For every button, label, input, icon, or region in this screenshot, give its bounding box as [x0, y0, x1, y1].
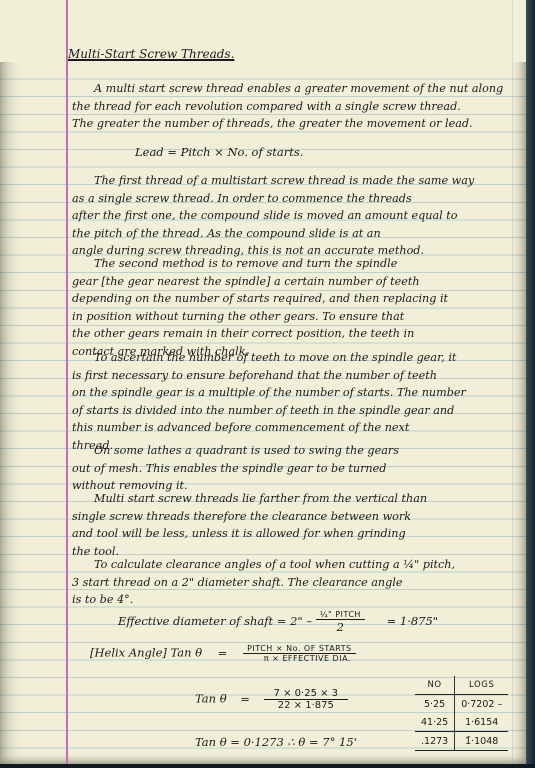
text-line: The greater the number of threads, the g… — [72, 115, 512, 133]
notebook-cover-edge — [526, 0, 535, 768]
effective-diameter-result: = 1·875" — [387, 614, 439, 628]
text-line: The first thread of a multistart screw t… — [72, 172, 512, 190]
text-line: depending on the number of starts requir… — [72, 290, 512, 308]
header-no: NO — [415, 676, 455, 695]
text-line: on the spindle gear is a multiple of the… — [72, 384, 512, 402]
text-line: Multi start screw threads lie farther fr… — [72, 490, 512, 508]
text-line: and tool will be less, unless it is allo… — [72, 525, 512, 543]
paragraph-clearance: Multi start screw threads lie farther fr… — [72, 490, 512, 560]
text-line: is to be 4°. — [72, 591, 512, 609]
effective-diameter-label: Effective diameter of shaft — [118, 614, 273, 628]
text-line: the pitch of the thread. As the compound… — [72, 225, 512, 243]
paragraph-intro: A multi start screw thread enables a gre… — [72, 80, 512, 133]
log-table-header: NO LOGS — [415, 676, 508, 695]
effective-diameter-term: 2" – — [290, 614, 312, 628]
text-line: On some lathes a quadrant is used to swi… — [72, 442, 512, 460]
margin-rule — [66, 0, 68, 766]
result-line: Tan θ = 0·1273 ∴ θ = 7° 15' — [195, 735, 357, 749]
paragraph-problem: To calculate clearance angles of a tool … — [72, 556, 512, 609]
log-table: NO LOGS 5·25 0·7202 – 41·25 1·6154 .1273… — [415, 676, 508, 751]
helix-angle-label: [Helix Angle] Tan θ — [90, 646, 202, 660]
table-row: 41·25 1·6154 — [415, 713, 508, 732]
text-line: To ascertain the number of teeth to move… — [72, 349, 512, 367]
text-line: after the first one, the compound slide … — [72, 207, 512, 225]
tan-fraction: 7 × 0·25 × 3 22 × 1·875 — [264, 688, 348, 711]
text-line: out of mesh. This enables the spindle ge… — [72, 460, 512, 478]
tan-calculation: Tan θ = 7 × 0·25 × 3 22 × 1·875 — [195, 688, 348, 711]
text-line: this number is advanced before commencem… — [72, 419, 512, 437]
text-line: the other gears remain in their correct … — [72, 325, 512, 343]
right-rule — [512, 0, 513, 766]
page-title: Multi-Start Screw Threads. — [68, 46, 234, 64]
table-row: 5·25 0·7202 – — [415, 695, 508, 714]
paragraph-ascertain-teeth: To ascertain the number of teeth to move… — [72, 349, 512, 455]
paragraph-first-method: The first thread of a multistart screw t… — [72, 172, 512, 260]
text-line: The second method is to remove and turn … — [72, 255, 512, 273]
page-bottom-edge — [0, 764, 535, 768]
text-line: of starts is divided into the number of … — [72, 402, 512, 420]
text-line: single screw threads therefore the clear… — [72, 508, 512, 526]
text-line: the thread for each revolution compared … — [72, 98, 512, 116]
helix-angle-fraction: PITCH × No. OF STARTS π × EFFECTIVE DIA. — [243, 644, 356, 663]
text-line: 3 start thread on a 2" diameter shaft. T… — [72, 574, 512, 592]
header-logs: LOGS — [455, 676, 509, 695]
text-line: To calculate clearance angles of a tool … — [72, 556, 512, 574]
text-line: gear [the gear nearest the spindle] a ce… — [72, 273, 512, 291]
paragraph-second-method: The second method is to remove and turn … — [72, 255, 512, 361]
effective-diameter-formula: Effective diameter of shaft = 2" – ¼" PI… — [118, 610, 438, 634]
helix-angle-formula: [Helix Angle] Tan θ = PITCH × No. OF STA… — [90, 644, 356, 663]
text-line: A multi start screw thread enables a gre… — [72, 80, 512, 98]
lead-formula: Lead = Pitch × No. of starts. — [135, 145, 303, 159]
text-line: is first necessary to ensure beforehand … — [72, 367, 512, 385]
effective-diameter-fraction: ¼" PITCH 2 — [316, 610, 365, 634]
text-line: as a single screw thread. In order to co… — [72, 190, 512, 208]
table-row: .1273 1̄·1048 — [415, 732, 508, 751]
notebook-page: Multi-Start Screw Threads. A multi start… — [0, 0, 526, 766]
paragraph-quadrant: On some lathes a quadrant is used to swi… — [72, 442, 512, 495]
text-line: in position without turning the other ge… — [72, 308, 512, 326]
